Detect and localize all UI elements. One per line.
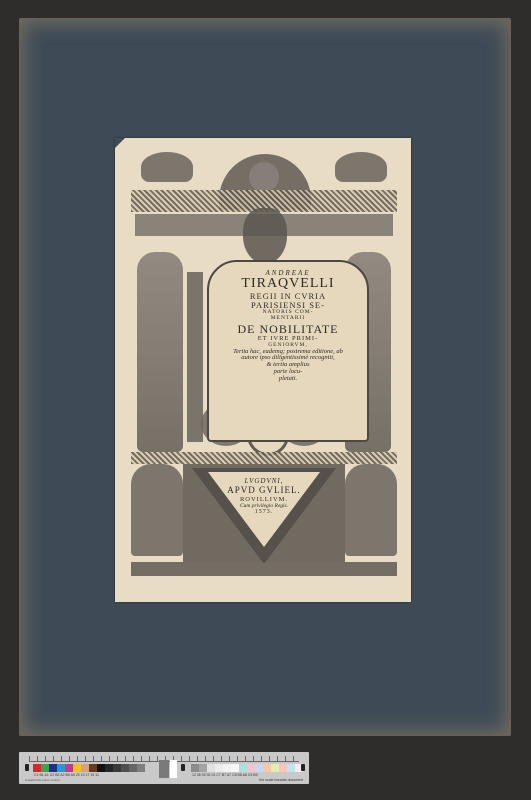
color-patch [121,764,129,772]
engraved-frame: ANDREAE TIRAQVELLI REGII IN CVRIA PARISI… [131,152,397,578]
color-patch [129,764,137,772]
torn-corner [115,138,125,148]
color-patch [287,764,295,772]
term-figure-right [345,464,397,556]
color-patch [231,764,239,772]
pin-icon [301,764,305,771]
title-cartouche: ANDREAE TIRAQVELLI REGII IN CVRIA PARISI… [207,260,369,442]
color-patch [49,764,57,772]
pin-icon [25,764,29,771]
gray-card [159,760,169,778]
color-patch [279,764,287,772]
color-patches-right [191,764,303,772]
putto [249,162,279,192]
color-patch [65,764,73,772]
color-patch [89,764,97,772]
white-card [170,760,177,778]
color-patch [223,764,231,772]
title-line: MENTARII [209,316,367,322]
color-patch [113,764,121,772]
color-patches-left [33,764,145,772]
pin-icon [181,764,185,771]
flower-basket-left [141,152,193,182]
base-plinth [131,562,397,576]
color-patch [57,764,65,772]
color-patch [73,764,81,772]
figure-left [137,252,183,452]
title-page: ANDREAE TIRAQVELLI REGII IN CVRIA PARISI… [115,138,411,602]
edition-note: pletati. [209,376,367,383]
color-patch [207,764,215,772]
scale-note: the scale towards document [259,778,303,782]
color-patch [41,764,49,772]
color-patch [81,764,89,772]
patch-labels-left: C1 B1 A1 C2 B2 A2 B5 A5 20 19 17 15 11 [34,773,99,777]
term-figure-left [131,464,183,556]
color-patch [191,764,199,772]
target-brand: Kodak/CCD colour control [25,778,60,782]
color-patch [199,764,207,772]
imprint-printer: APVD GVLIEL. [208,486,320,496]
imprint-printer: ROVILLIVM. [208,496,320,503]
color-patch [239,764,247,772]
mask-ornament [243,208,287,264]
pillar-left [187,272,203,442]
imprint-year: 1573. [208,509,320,516]
patch-labels-right: 12 08 03 02 01 C7 B7 A7 C8 B8 A8 C9 B9 [192,773,258,777]
color-patch [137,764,145,772]
flower-basket-right [335,152,387,182]
lower-cornice [131,452,397,464]
color-patch [263,764,271,772]
color-patch [97,764,105,772]
color-patch [271,764,279,772]
color-target: C1 B1 A1 C2 B2 A2 B5 A5 20 19 17 15 11 1… [19,752,309,784]
color-patch [33,764,41,772]
color-patch [215,764,223,772]
author-surname: TIRAQVELLI [209,277,367,292]
imprint: LVGDVNI, APVD GVLIEL. ROVILLIVM. Cum pri… [208,478,320,515]
color-patch [247,764,255,772]
color-patch [105,764,113,772]
color-patch [255,764,263,772]
